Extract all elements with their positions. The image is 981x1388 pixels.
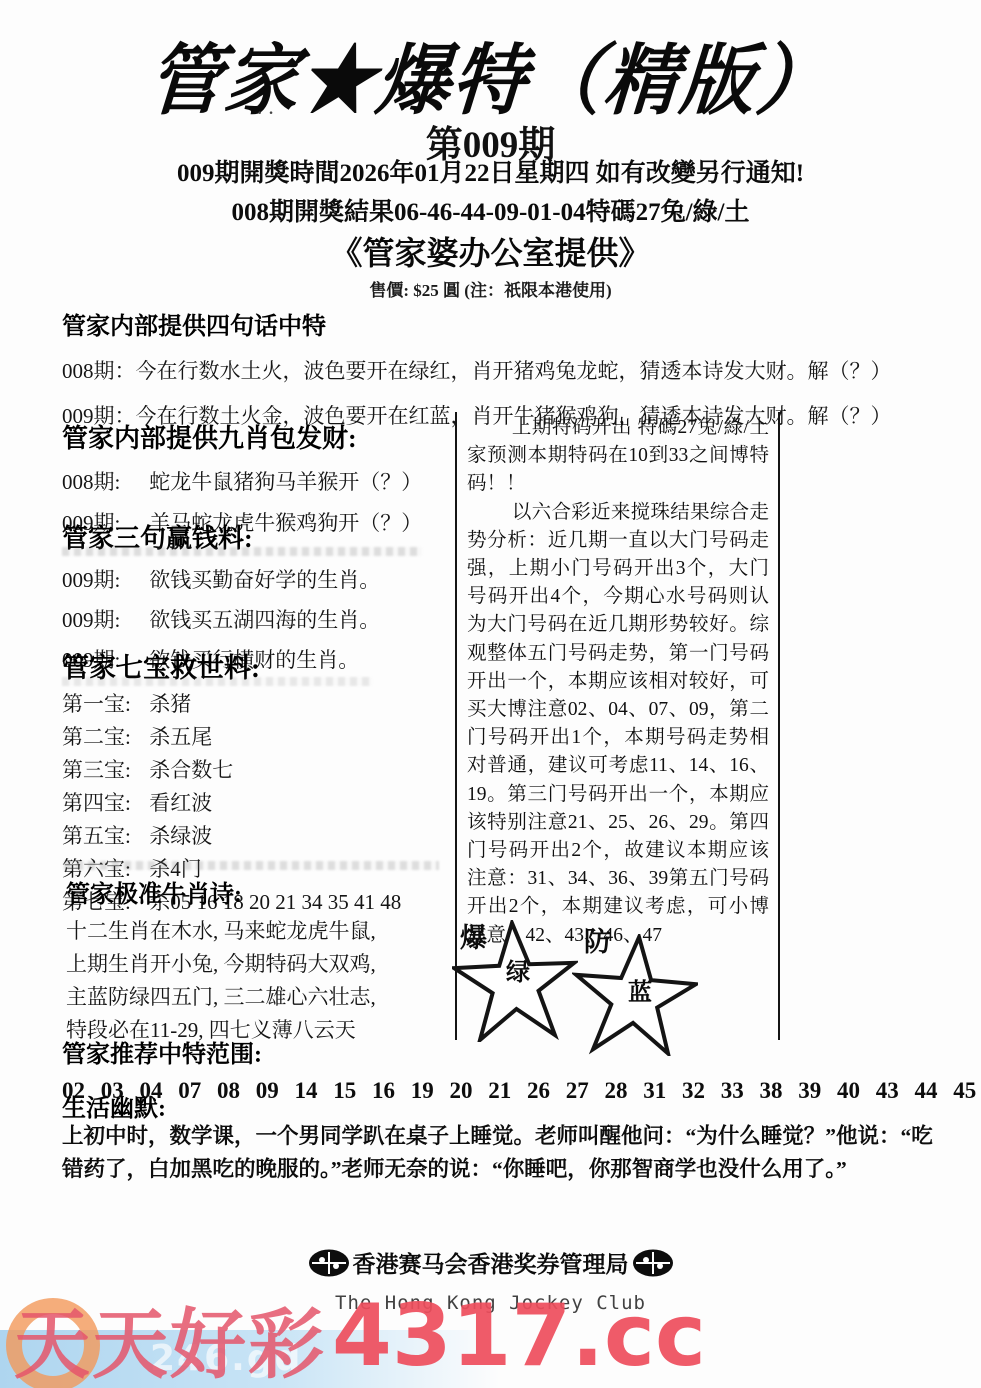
treasure-label: 第一宝:	[62, 691, 144, 718]
section-heading: 管家内部提供九肖包发财:	[62, 418, 452, 455]
tip-row: 008期: 蛇龙牛鼠猪狗马羊猴开（？）	[62, 466, 452, 496]
section-zodiac-poem: 管家极准牛肖诗: 十二生肖在木水, 马来蛇龙虎牛鼠, 上期生肖开小兔, 今期特码…	[66, 874, 456, 1041]
treasure-row: 第四宝: 看红波	[62, 790, 462, 817]
provider-line: 《管家婆办公室提供》	[0, 228, 981, 274]
treasure-value: 杀五尾	[149, 725, 212, 749]
tip-value: 欲钱买五湖四海的生肖。	[149, 608, 380, 632]
treasure-label: 第五宝:	[62, 823, 144, 850]
analysis-para-1: 上期特码开出 特碼27兔/綠/土家预测本期特码在10到33之间博特码！！	[467, 414, 769, 499]
tip-value: 欲钱买勤奋好学的生肖。	[149, 568, 380, 592]
treasure-value: 杀绿波	[149, 824, 212, 848]
poem-line: 十二生肖在木水, 马来蛇龙虎牛鼠,	[66, 920, 456, 942]
last-result-line: 008期開獎結果06-46-44-09-01-04特碼27兔/綠/土	[0, 192, 981, 228]
issue-label: 008期:	[62, 466, 144, 496]
tip-value: 蛇龙牛鼠猪狗马羊猴开（？）	[149, 470, 422, 494]
jockey-club-emblem-icon	[632, 1248, 674, 1278]
recommend-numbers: 02 03 04 07 08 09 14 15 16 19 20 21 26 2…	[62, 1078, 942, 1104]
price-note: 售價: $25 圓 (注：祇限本港使用)	[0, 276, 981, 301]
analysis-para-2: 以六合彩近来搅珠结果综合走势分析：近几期一直以大门号码走强，上期小门号码开出3个…	[467, 499, 769, 950]
blue-star-char: 蓝	[628, 972, 652, 1007]
erased-text-smudge	[64, 861, 439, 870]
treasure-row: 第二宝: 杀五尾	[62, 724, 462, 751]
treasure-value: 看红波	[149, 791, 212, 815]
erased-text-smudge	[62, 547, 422, 556]
green-star-char: 绿	[506, 952, 530, 987]
watermark-brand: 天天好彩	[14, 1284, 326, 1388]
poem-line: 主蓝防绿四五门, 三二雄心六壮志,	[66, 986, 456, 1008]
poem-line: 上期生肖开小兔, 今期特码大双鸡,	[66, 953, 456, 975]
treasure-label: 第三宝:	[62, 757, 144, 784]
draw-time-line: 009期開獎時間2026年01月22日星期四 如有改變另行通知!	[0, 153, 981, 189]
section-recommend-range: 管家推荐中特范围: 02 03 04 07 08 09 14 15 16 19 …	[62, 1034, 942, 1104]
issue-label: 009期:	[62, 565, 144, 595]
treasure-row: 第一宝: 杀猪	[62, 691, 462, 718]
humor-text: 上初中时，数学课，一个男同学趴在桌子上睡觉。老师叫醒他问：“为什么睡觉？”他说：…	[62, 1120, 944, 1186]
lottery-tip-sheet: 管家★爆特（精版） ·· 第009期 009期開獎時間2026年01月22日星期…	[0, 0, 981, 1388]
footer-club-cn: 香港赛马会香港奖券管理局	[353, 1246, 629, 1279]
section-heading: 管家内部提供四句话中特	[62, 306, 924, 341]
treasure-label: 第四宝:	[62, 790, 144, 817]
treasure-value: 杀合数七	[149, 758, 233, 782]
issue-label: 009期:	[62, 605, 144, 635]
watermark-site: 4317.cc	[332, 1286, 706, 1386]
section-heading: 管家极准牛肖诗:	[66, 874, 456, 909]
humor-heading: 生活幽默:	[62, 1088, 166, 1123]
footer-club-line: 香港赛马会香港奖券管理局	[0, 1246, 981, 1279]
treasure-row: 第三宝: 杀合数七	[62, 757, 462, 784]
tip-row: 009期: 欲钱买勤奋好学的生肖。	[62, 565, 452, 595]
tip-row: 008期：今在行数水土火，波色要开在绿红，肖开猪鸡兔龙蛇，猜透本诗发大财。解（？…	[62, 357, 924, 386]
treasure-value: 杀猪	[149, 692, 191, 716]
jockey-club-emblem-icon	[308, 1248, 350, 1278]
treasure-label: 第二宝:	[62, 724, 144, 751]
erased-text-smudge	[62, 677, 372, 686]
treasure-row: 第五宝: 杀绿波	[62, 823, 462, 850]
tip-row: 009期: 欲钱买五湖四海的生肖。	[62, 605, 452, 635]
